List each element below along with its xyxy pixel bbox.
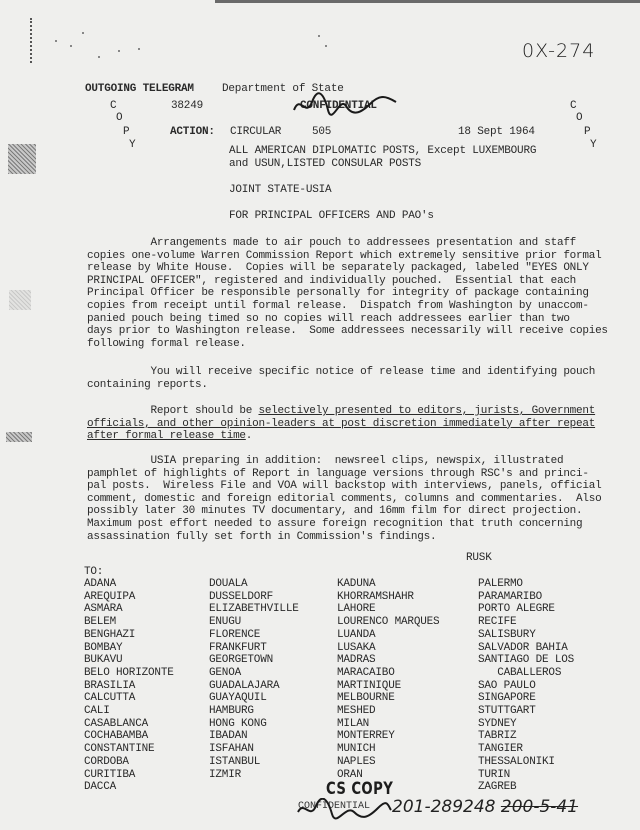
copy-letter-c-left: C (110, 100, 116, 112)
distribution-post: GUAYAQUIL (209, 692, 299, 705)
distribution-post: BRASILIA (84, 680, 174, 693)
distribution-post: BUKAVU (84, 654, 174, 667)
scan-speck (325, 45, 327, 47)
distribution-post: FRANKFURT (209, 642, 299, 655)
scan-speck (318, 35, 320, 37)
distribution-post: BENGHAZI (84, 629, 174, 642)
distribution-post: KHORRAMSHAHR (337, 591, 439, 604)
distribution-post: GUADALAJARA (209, 680, 299, 693)
distribution-post: MARTINIQUE (337, 680, 439, 693)
signature-scribble (290, 92, 400, 120)
margin-noise (6, 432, 32, 442)
file-number-current: 201-289248 (392, 797, 495, 817)
distribution-post: BOMBAY (84, 642, 174, 655)
distribution-post: TURIN (478, 769, 574, 782)
file-number-struck: 200-5-41 (501, 797, 578, 817)
copy-letter-c-right: C (570, 100, 576, 112)
distribution-post: CABALLEROS (478, 667, 574, 680)
distribution-post: CURITIBA (84, 769, 174, 782)
distribution-post: MUNICH (337, 743, 439, 756)
distribution-post: ELIZABETHVILLE (209, 603, 299, 616)
distribution-post: COCHABAMBA (84, 730, 174, 743)
distribution-post: SANTIAGO DE LOS (478, 654, 574, 667)
distribution-post: MONTERREY (337, 730, 439, 743)
margin-mark (30, 18, 33, 63)
form-type: OUTGOING TELEGRAM (85, 83, 194, 95)
distribution-post: THESSALONIKI (478, 756, 574, 769)
paragraph-1: Arrangements made to air pouch to addres… (87, 237, 557, 350)
distribution-post: ISTANBUL (209, 756, 299, 769)
distribution-post: MADRAS (337, 654, 439, 667)
scan-speck (138, 48, 140, 50)
distribution-post: STUTTGART (478, 705, 574, 718)
distribution-post: ADANA (84, 578, 174, 591)
distribution-post: FLORENCE (209, 629, 299, 642)
distribution-post: SYDNEY (478, 718, 574, 731)
distribution-post: DACCA (84, 781, 174, 794)
distribution-post: CONSTANTINE (84, 743, 174, 756)
distribution-post: ENUGU (209, 616, 299, 629)
distribution-post: GENOA (209, 667, 299, 680)
to-label: TO: (84, 566, 103, 578)
paragraph-4: USIA preparing in addition: newsreel cli… (87, 455, 557, 543)
distribution-post: DUSSELDORF (209, 591, 299, 604)
distribution-post: ZAGREB (478, 781, 574, 794)
distribution-post: KADUNA (337, 578, 439, 591)
control-number: 38249 (171, 100, 203, 112)
distribution-post: TABRIZ (478, 730, 574, 743)
scan-speck (55, 40, 57, 42)
circular-number: 505 (312, 126, 331, 138)
margin-noise (9, 290, 31, 310)
addressees-line-2: and USUN,LISTED CONSULAR POSTS (229, 158, 421, 170)
distribution-post: HONG KONG (209, 718, 299, 731)
distribution-post: ISFAHAN (209, 743, 299, 756)
distribution-post: MESHED (337, 705, 439, 718)
distribution-post: PALERMO (478, 578, 574, 591)
telegram-date: 18 Sept 1964 (458, 126, 535, 138)
distribution-post: LOURENCO MARQUES (337, 616, 439, 629)
distribution-post: CALCUTTA (84, 692, 174, 705)
distribution-post: AREQUIPA (84, 591, 174, 604)
distribution-post: RECIFE (478, 616, 574, 629)
distribution-column-4: PALERMOPARAMARIBOPORTO ALEGRERECIFESALIS… (478, 578, 574, 794)
distribution-post: BELO HORIZONTE (84, 667, 174, 680)
page-edge-line (215, 0, 640, 3)
distribution-post: IZMIR (209, 769, 299, 782)
scan-speck (70, 45, 72, 47)
copy-letter-y-right: Y (590, 139, 596, 151)
paragraph-3-underlined-2: officials, and other opinion-leaders at … (87, 418, 595, 430)
paragraph-3-lead: Report should be (87, 405, 258, 417)
paragraph-2: You will receive specific notice of rele… (87, 366, 557, 391)
distribution-post: CORDOBA (84, 756, 174, 769)
distribution-post: SALISBURY (478, 629, 574, 642)
distribution-column-2: DOUALADUSSELDORFELIZABETHVILLEENUGUFLORE… (209, 578, 299, 781)
copy-letter-o-right: O (576, 112, 582, 124)
signature: RUSK (466, 552, 492, 564)
distribution-post: SINGAPORE (478, 692, 574, 705)
joint-line: JOINT STATE-USIA (229, 184, 331, 196)
copy-letter-p-left: P (123, 126, 129, 138)
scan-speck (98, 56, 100, 58)
distribution-post: BELEM (84, 616, 174, 629)
paragraph-3-underlined-3: after formal release time (87, 430, 246, 442)
distribution-column-3: KADUNAKHORRAMSHAHRLAHORELOURENCO MARQUES… (337, 578, 439, 781)
copy-letter-o-left: O (116, 112, 122, 124)
cs-copy-stamp: CS COPY (326, 779, 393, 799)
handwritten-reference: 0X-274 (522, 40, 595, 62)
file-number: 201-289248 200-5-41 (392, 797, 578, 817)
paragraph-3-underlined-1: selectively presented to editors, jurist… (258, 405, 595, 417)
for-line: FOR PRINCIPAL OFFICERS AND PAO's (229, 210, 434, 222)
distribution-post: HAMBURG (209, 705, 299, 718)
distribution-post: ASMARA (84, 603, 174, 616)
scan-speck (118, 50, 120, 52)
addressees-line-1: ALL AMERICAN DIPLOMATIC POSTS, Except LU… (229, 145, 536, 157)
distribution-column-1: ADANAAREQUIPAASMARABELEMBENGHAZIBOMBAYBU… (84, 578, 174, 794)
distribution-post: LUANDA (337, 629, 439, 642)
action-label: ACTION: (170, 126, 215, 138)
distribution-post: LAHORE (337, 603, 439, 616)
distribution-post: NAPLES (337, 756, 439, 769)
distribution-post: GEORGETOWN (209, 654, 299, 667)
distribution-post: CALI (84, 705, 174, 718)
distribution-post: SALVADOR BAHIA (478, 642, 574, 655)
distribution-post: PORTO ALEGRE (478, 603, 574, 616)
action-value: CIRCULAR (230, 126, 281, 138)
distribution-post: DOUALA (209, 578, 299, 591)
distribution-post: TANGIER (478, 743, 574, 756)
distribution-post: MARACAIBO (337, 667, 439, 680)
distribution-post: MELBOURNE (337, 692, 439, 705)
distribution-post: PARAMARIBO (478, 591, 574, 604)
copy-letter-y-left: Y (129, 139, 135, 151)
bottom-scribble (296, 798, 392, 820)
scan-speck (82, 32, 84, 34)
distribution-post: MILAN (337, 718, 439, 731)
paragraph-3-end: . (246, 430, 252, 442)
distribution-post: SAO PAULO (478, 680, 574, 693)
distribution-post: CASABLANCA (84, 718, 174, 731)
margin-noise (8, 144, 36, 174)
distribution-post: LUSAKA (337, 642, 439, 655)
copy-letter-p-right: P (584, 126, 590, 138)
paragraph-3: Report should be selectively presented t… (87, 405, 557, 443)
distribution-post: IBADAN (209, 730, 299, 743)
